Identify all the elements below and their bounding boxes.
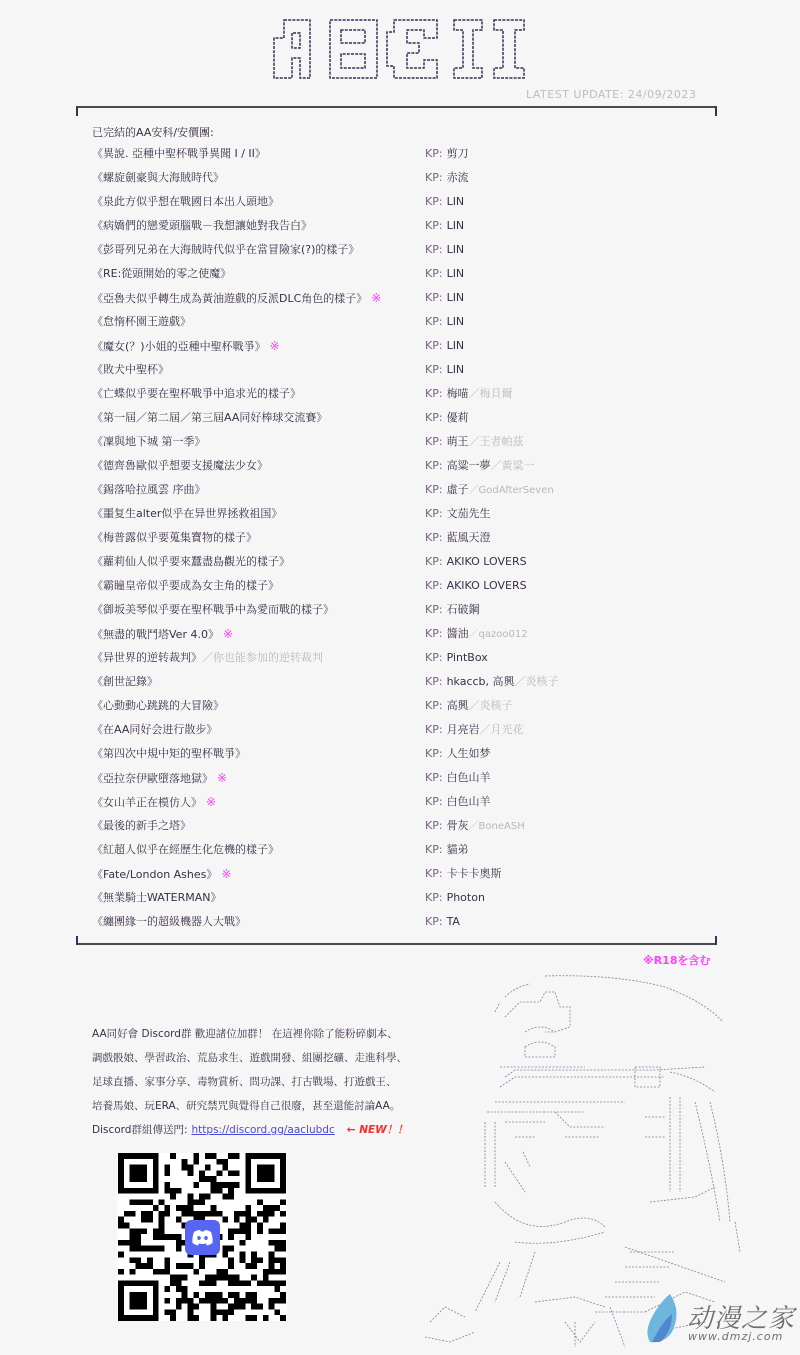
work-title: 《德齊魯歐似乎想要支援魔法少女》 <box>92 458 268 474</box>
kp-name: 梅喵 <box>447 387 469 400</box>
work-title-text: 《亡蝶似乎要在聖杯戰爭中追求光的樣子》 <box>92 387 301 400</box>
work-title-text: 《梅普露似乎要蒐集寶物的樣子》 <box>92 531 257 544</box>
kp-label: KP: <box>425 747 443 760</box>
work-title: 《心動動心跳跳的大冒險》 <box>92 698 224 714</box>
discord-line: 足球直播、家事分享、毒物賞析、問功課、打古戰場、打遊戲王、 <box>92 1070 422 1094</box>
work-row: 《RE:從頭開始的零之使魔》KP:LIN <box>92 266 712 290</box>
work-row: 《螺旋劍豪與大海賊時代》KP:赤流 <box>92 170 712 194</box>
work-title-text: 《在AA同好会进行散步》 <box>92 723 217 736</box>
kp-name: 虛子 <box>447 483 469 496</box>
work-title: 《在AA同好会进行散步》 <box>92 722 217 738</box>
kp-name: 卡卡卡奧斯 <box>447 867 502 880</box>
work-row: 《异世界的逆转裁判》／你也能参加的逆转裁判KP:PintBox <box>92 650 712 674</box>
kp-name: TA <box>447 915 460 928</box>
work-title: 《蘿莉仙人似乎要來蠶盡島觀光的樣子》 <box>92 554 290 570</box>
work-row: 《梅普露似乎要蒐集寶物的樣子》KP:藍風天澄 <box>92 530 712 554</box>
work-kp: KP:LIN <box>425 338 464 354</box>
kp-name: 白色山羊 <box>447 771 491 784</box>
r18-mark: ※ <box>223 627 233 641</box>
work-row: 《亞拉奈伊歐墮落地獄》※KP:白色山羊 <box>92 770 712 794</box>
work-kp: KP:月亮岩／月光花 <box>425 722 524 738</box>
work-row: 《亞魯夫似乎轉生成為黃油遊戲的反派DLC角色的樣子》※KP:LIN <box>92 290 712 314</box>
work-title-text: 《亞拉奈伊歐墮落地獄》 <box>92 772 213 785</box>
work-kp: KP:hkaccb, 高興／炎核子 <box>425 674 559 690</box>
work-kp: KP:梅喵／梅貝爾 <box>425 386 513 402</box>
kp-label: KP: <box>425 603 443 616</box>
kp-label: KP: <box>425 675 443 688</box>
work-kp: KP:醬油／qazoo012 <box>425 626 528 643</box>
kp-label: KP: <box>425 483 443 496</box>
discord-logo-icon <box>185 1220 220 1255</box>
work-title-text: 《彭哥列兄弟在大海賊時代似乎在當冒險家(?)的樣子》 <box>92 243 359 256</box>
kp-name: LIN <box>447 363 465 376</box>
work-kp: KP:文茄先生 <box>425 506 491 522</box>
kp-name: 優莉 <box>447 411 469 424</box>
r18-mark: ※ <box>217 771 227 785</box>
kp-name: 剪刀 <box>447 147 469 160</box>
work-title-text: 《泉此方似乎想在戰國日本出人頭地》 <box>92 195 279 208</box>
work-title-text: 《噩复生alter似乎在异世界拯救祖国》 <box>92 507 282 520</box>
work-title-text: 《Fate/London Ashes》 <box>92 868 217 881</box>
kp-name: LIN <box>447 219 465 232</box>
work-row: 《蘿莉仙人似乎要來蠶盡島觀光的樣子》KP:AKIKO LOVERS <box>92 554 712 578</box>
kp-name: LIN <box>447 315 465 328</box>
kp-name: 赤流 <box>447 171 469 184</box>
work-title: 《無業騎士WATERMAN》 <box>92 890 222 906</box>
top-divider <box>76 106 717 108</box>
work-kp: KP:TA <box>425 914 460 930</box>
work-kp: KP:虛子／GodAfterSeven <box>425 482 554 499</box>
work-title: 《RE:從頭開始的零之使魔》 <box>92 266 231 282</box>
work-title: 《噩复生alter似乎在异世界拯救祖国》 <box>92 506 282 522</box>
kp-alt-name: ／黃粱一 <box>491 459 535 472</box>
dmzj-watermark: 动漫之家 www.dmzj.com <box>642 1292 800 1347</box>
completed-list-heading: 已完結的AA安科/安價團: <box>92 124 214 140</box>
kp-name: AKIKO LOVERS <box>447 555 527 568</box>
discord-invite-link[interactable]: https://discord.gg/aaclubdc <box>192 1124 335 1136</box>
work-row: 《異說. 亞種中聖杯戰爭異聞 I / II》KP:剪刀 <box>92 146 712 170</box>
ascii-title-art <box>272 18 527 80</box>
kp-name: 人生如梦 <box>447 747 491 760</box>
work-row: 《第四次中規中矩的聖杯戰爭》KP:人生如梦 <box>92 746 712 770</box>
kp-name: Photon <box>447 891 485 904</box>
work-kp: KP:剪刀 <box>425 146 469 162</box>
work-title: 《無盡的戰鬥塔Ver 4.0》※ <box>92 626 233 643</box>
kp-label: KP: <box>425 267 443 280</box>
work-title-text: 《御坂美琴似乎要在聖杯戰爭中為愛而戰的樣子》 <box>92 603 334 616</box>
work-row: 《Fate/London Ashes》※KP:卡卡卡奧斯 <box>92 866 712 890</box>
kp-label: KP: <box>425 867 443 880</box>
discord-portal-label: Discord群組傳送門: <box>92 1124 188 1136</box>
kp-label: KP: <box>425 171 443 184</box>
work-title: 《亡蝶似乎要在聖杯戰爭中追求光的樣子》 <box>92 386 301 402</box>
kp-label: KP: <box>425 339 443 352</box>
kp-name: 萌王 <box>447 435 469 448</box>
kp-label: KP: <box>425 315 443 328</box>
work-title-text: 《病嬌們的戀愛頭腦戰－我想讓她對我告白》 <box>92 219 312 232</box>
work-title-text: 《怠惰杯園王遊戲》 <box>92 315 191 328</box>
work-title-text: 《第一屆／第二屆／第三屆AA同好棒球交流賽》 <box>92 411 327 424</box>
work-kp: KP:LIN <box>425 290 464 306</box>
work-title: 《亞拉奈伊歐墮落地獄》※ <box>92 770 227 787</box>
kp-name: hkaccb, 高興 <box>447 675 515 688</box>
work-title: 《螺旋劍豪與大海賊時代》 <box>92 170 224 186</box>
work-title: 《怠惰杯園王遊戲》 <box>92 314 191 330</box>
work-title: 《御坂美琴似乎要在聖杯戰爭中為愛而戰的樣子》 <box>92 602 334 618</box>
kp-name: LIN <box>447 291 465 304</box>
work-title: 《异世界的逆转裁判》／你也能参加的逆转裁判 <box>92 650 323 666</box>
latest-update-label: LATEST UPDATE: 24/09/2023 <box>526 88 696 101</box>
kp-alt-name: ／炎核子 <box>469 699 513 712</box>
work-kp: KP:白色山羊 <box>425 770 491 786</box>
kp-name: 藍風天澄 <box>447 531 491 544</box>
work-row: 《第一屆／第二屆／第三屆AA同好棒球交流賽》KP:優莉 <box>92 410 712 434</box>
kp-label: KP: <box>425 843 443 856</box>
work-row: 《病嬌們的戀愛頭腦戰－我想讓她對我告白》KP:LIN <box>92 218 712 242</box>
work-row: 《彭哥列兄弟在大海賊時代似乎在當冒險家(?)的樣子》KP:LIN <box>92 242 712 266</box>
work-title: 《最後的新手之塔》 <box>92 818 191 834</box>
kp-label: KP: <box>425 555 443 568</box>
work-kp: KP:LIN <box>425 242 464 258</box>
work-row: 《女山羊正在模仿人》※KP:白色山羊 <box>92 794 712 818</box>
work-title-text: 《异世界的逆转裁判》 <box>92 651 202 664</box>
kp-name: LIN <box>447 339 465 352</box>
work-kp: KP:赤流 <box>425 170 469 186</box>
work-kp: KP:LIN <box>425 194 464 210</box>
work-title-text: 《異說. 亞種中聖杯戰爭異聞 I / II》 <box>92 147 266 160</box>
kp-label: KP: <box>425 819 443 832</box>
work-title-text: 《最後的新手之塔》 <box>92 819 191 832</box>
kp-alt-name: ／GodAfterSeven <box>469 485 554 496</box>
kp-label: KP: <box>425 891 443 904</box>
work-title: 《第四次中規中矩的聖杯戰爭》 <box>92 746 246 762</box>
work-row: 《魔女(？)小姐的亞種中聖杯戰爭》※KP:LIN <box>92 338 712 362</box>
kp-name: 骨灰 <box>447 819 469 832</box>
work-title-text: 《女山羊正在模仿人》 <box>92 796 202 809</box>
r18-mark: ※ <box>371 291 381 305</box>
kp-label: KP: <box>425 723 443 736</box>
work-title-text: 《第四次中規中矩的聖杯戰爭》 <box>92 747 246 760</box>
work-title: 《亞魯夫似乎轉生成為黃油遊戲的反派DLC角色的樣子》※ <box>92 290 381 307</box>
kp-name: 石破鋼 <box>447 603 480 616</box>
work-title-text: 《錫落哈拉風雲 序曲》 <box>92 483 206 496</box>
work-title-text: 《霸瞳皇帝似乎要成為女主角的樣子》 <box>92 579 279 592</box>
work-title: 《創世記錄》 <box>92 674 158 690</box>
work-title: 《梅普露似乎要蒐集寶物的樣子》 <box>92 530 257 546</box>
discord-line: 調戲骰娘、學習政治、荒島求生、遊戲開發、組團挖礦、走進科學、 <box>92 1046 422 1070</box>
work-title-text: 《心動動心跳跳的大冒險》 <box>92 699 224 712</box>
work-title-text: 《敗犬中聖杯》 <box>92 363 169 376</box>
kp-label: KP: <box>425 795 443 808</box>
kp-alt-name: ／BoneASH <box>469 821 525 832</box>
work-title: 《彭哥列兄弟在大海賊時代似乎在當冒險家(?)的樣子》 <box>92 242 359 258</box>
kp-alt-name: ／王者帕茲 <box>469 435 524 448</box>
kp-name: PintBox <box>447 651 488 664</box>
kp-name: LIN <box>447 267 465 280</box>
kp-label: KP: <box>425 411 443 424</box>
work-kp: KP:貓弟 <box>425 842 469 858</box>
works-list: 《異說. 亞種中聖杯戰爭異聞 I / II》KP:剪刀《螺旋劍豪與大海賊時代》K… <box>92 146 712 938</box>
work-kp: KP:LIN <box>425 362 464 378</box>
work-kp: KP:高興／炎核子 <box>425 698 513 714</box>
work-title-text: 《無業騎士WATERMAN》 <box>92 891 222 904</box>
discord-line: 培養馬娘、玩ERA、研究禁咒與覺得自己很廢，甚至還能討論AA。 <box>92 1094 422 1118</box>
kp-label: KP: <box>425 291 443 304</box>
kp-label: KP: <box>425 363 443 376</box>
work-row: 《泉此方似乎想在戰國日本出人頭地》KP:LIN <box>92 194 712 218</box>
work-kp: KP:石破鋼 <box>425 602 480 618</box>
work-kp: KP:LIN <box>425 314 464 330</box>
work-title: 《泉此方似乎想在戰國日本出人頭地》 <box>92 194 279 210</box>
work-row: 《怠惰杯園王遊戲》KP:LIN <box>92 314 712 338</box>
kp-label: KP: <box>425 531 443 544</box>
work-kp: KP:白色山羊 <box>425 794 491 810</box>
work-title-alt: ／你也能参加的逆转裁判 <box>202 651 323 664</box>
work-kp: KP:骨灰／BoneASH <box>425 818 525 835</box>
kp-label: KP: <box>425 147 443 160</box>
work-title-text: 《蘿莉仙人似乎要來蠶盡島觀光的樣子》 <box>92 555 290 568</box>
work-title-text: 《紅超人似乎在經歷生化危機的樣子》 <box>92 843 279 856</box>
work-kp: KP:優莉 <box>425 410 469 426</box>
kp-label: KP: <box>425 435 443 448</box>
kp-label: KP: <box>425 195 443 208</box>
work-row: 《御坂美琴似乎要在聖杯戰爭中為愛而戰的樣子》KP:石破鋼 <box>92 602 712 626</box>
work-title: 《紅超人似乎在經歷生化危機的樣子》 <box>92 842 279 858</box>
work-title: 《錫落哈拉風雲 序曲》 <box>92 482 206 498</box>
kp-name: 醬油 <box>447 627 469 640</box>
bottom-divider <box>76 943 717 945</box>
work-title: 《霸瞳皇帝似乎要成為女主角的樣子》 <box>92 578 279 594</box>
work-kp: KP:AKIKO LOVERS <box>425 578 527 594</box>
kp-label: KP: <box>425 699 443 712</box>
work-row: 《霸瞳皇帝似乎要成為女主角的樣子》KP:AKIKO LOVERS <box>92 578 712 602</box>
discord-invite-section: AA同好會 Discord群 歡迎諸位加群！ 在這裡你除了能粉碎劇本、 調戲骰娘… <box>92 1022 422 1142</box>
kp-label: KP: <box>425 579 443 592</box>
work-title-text: 《凜與地下城 第一季》 <box>92 435 206 448</box>
kp-alt-name: ／梅貝爾 <box>469 387 513 400</box>
work-row: 《錫落哈拉風雲 序曲》KP:虛子／GodAfterSeven <box>92 482 712 506</box>
kp-label: KP: <box>425 507 443 520</box>
work-title: 《病嬌們的戀愛頭腦戰－我想讓她對我告白》 <box>92 218 312 234</box>
work-title: 《魔女(？)小姐的亞種中聖杯戰爭》※ <box>92 338 280 355</box>
new-badge: ← NEW！！ <box>347 1124 408 1136</box>
work-title: 《異說. 亞種中聖杯戰爭異聞 I / II》 <box>92 146 266 162</box>
kp-label: KP: <box>425 387 443 400</box>
discord-portal-line: Discord群組傳送門:https://discord.gg/aaclubdc… <box>92 1118 422 1142</box>
work-kp: KP:高粱一夢／黃粱一 <box>425 458 535 474</box>
kp-label: KP: <box>425 243 443 256</box>
work-row: 《纏圑緣一的超級機器人大戰》KP:TA <box>92 914 712 938</box>
kp-name: LIN <box>447 243 465 256</box>
discord-qr-code[interactable] <box>117 1153 287 1321</box>
work-title: 《敗犬中聖杯》 <box>92 362 169 378</box>
work-kp: KP:Photon <box>425 890 485 906</box>
work-row: 《德齊魯歐似乎想要支援魔法少女》KP:高粱一夢／黃粱一 <box>92 458 712 482</box>
kp-alt-name: ／qazoo012 <box>469 629 528 640</box>
work-row: 《亡蝶似乎要在聖杯戰爭中追求光的樣子》KP:梅喵／梅貝爾 <box>92 386 712 410</box>
work-title-text: 《魔女(？)小姐的亞種中聖杯戰爭》 <box>92 340 266 353</box>
work-title-text: 《螺旋劍豪與大海賊時代》 <box>92 171 224 184</box>
work-kp: KP:卡卡卡奧斯 <box>425 866 502 882</box>
work-title: 《Fate/London Ashes》※ <box>92 866 231 883</box>
kp-name: AKIKO LOVERS <box>447 579 527 592</box>
kp-alt-name: ／炎核子 <box>515 675 559 688</box>
work-title: 《凜與地下城 第一季》 <box>92 434 206 450</box>
work-title: 《女山羊正在模仿人》※ <box>92 794 216 811</box>
r18-mark: ※ <box>270 339 280 353</box>
kp-name: 文茄先生 <box>447 507 491 520</box>
work-row: 《創世記錄》KP:hkaccb, 高興／炎核子 <box>92 674 712 698</box>
work-row: 《心動動心跳跳的大冒險》KP:高興／炎核子 <box>92 698 712 722</box>
work-kp: KP:藍風天澄 <box>425 530 491 546</box>
kp-name: 高粱一夢 <box>447 459 491 472</box>
watermark-url: www.dmzj.com <box>688 1330 783 1343</box>
work-title-text: 《纏圑緣一的超級機器人大戰》 <box>92 915 246 928</box>
work-row: 《無盡的戰鬥塔Ver 4.0》※KP:醬油／qazoo012 <box>92 626 712 650</box>
work-title-text: 《德齊魯歐似乎想要支援魔法少女》 <box>92 459 268 472</box>
r18-mark: ※ <box>206 795 216 809</box>
kp-alt-name: ／月光花 <box>480 723 524 736</box>
kp-label: KP: <box>425 651 443 664</box>
kp-label: KP: <box>425 915 443 928</box>
dmzj-leaf-logo-icon <box>642 1292 687 1347</box>
work-title-text: 《創世記錄》 <box>92 675 158 688</box>
ascii-character-art <box>405 962 745 1347</box>
work-row: 《凜與地下城 第一季》KP:萌王／王者帕茲 <box>92 434 712 458</box>
work-row: 《噩复生alter似乎在异世界拯救祖国》KP:文茄先生 <box>92 506 712 530</box>
work-title: 《纏圑緣一的超級機器人大戰》 <box>92 914 246 930</box>
kp-name: LIN <box>447 195 465 208</box>
work-row: 《敗犬中聖杯》KP:LIN <box>92 362 712 386</box>
work-title-text: 《亞魯夫似乎轉生成為黃油遊戲的反派DLC角色的樣子》 <box>92 292 367 305</box>
r18-mark: ※ <box>221 867 231 881</box>
kp-label: KP: <box>425 771 443 784</box>
work-kp: KP:AKIKO LOVERS <box>425 554 527 570</box>
work-kp: KP:萌王／王者帕茲 <box>425 434 524 450</box>
work-kp: KP:PintBox <box>425 650 488 666</box>
work-kp: KP:LIN <box>425 218 464 234</box>
work-row: 《紅超人似乎在經歷生化危機的樣子》KP:貓弟 <box>92 842 712 866</box>
work-title-text: 《RE:從頭開始的零之使魔》 <box>92 267 231 280</box>
work-kp: KP:LIN <box>425 266 464 282</box>
kp-label: KP: <box>425 219 443 232</box>
kp-label: KP: <box>425 459 443 472</box>
kp-label: KP: <box>425 627 443 640</box>
kp-name: 白色山羊 <box>447 795 491 808</box>
discord-line: AA同好會 Discord群 歡迎諸位加群！ 在這裡你除了能粉碎劇本、 <box>92 1022 422 1046</box>
work-row: 《無業騎士WATERMAN》KP:Photon <box>92 890 712 914</box>
kp-name: 高興 <box>447 699 469 712</box>
kp-name: 月亮岩 <box>447 723 480 736</box>
work-kp: KP:人生如梦 <box>425 746 491 762</box>
kp-name: 貓弟 <box>447 843 469 856</box>
work-title: 《第一屆／第二屆／第三屆AA同好棒球交流賽》 <box>92 410 327 426</box>
work-row: 《在AA同好会进行散步》KP:月亮岩／月光花 <box>92 722 712 746</box>
work-row: 《最後的新手之塔》KP:骨灰／BoneASH <box>92 818 712 842</box>
work-title-text: 《無盡的戰鬥塔Ver 4.0》 <box>92 628 219 641</box>
